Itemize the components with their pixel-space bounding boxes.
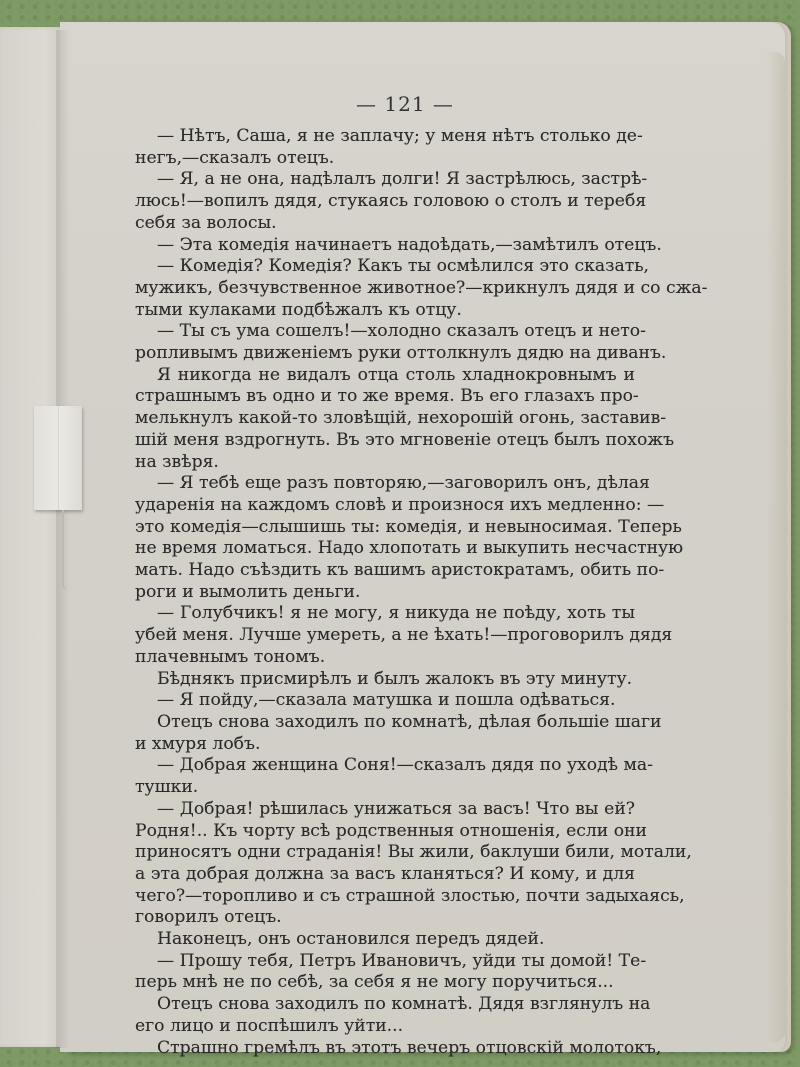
- bookmark-string: [62, 510, 68, 590]
- text-line: перь мнѣ не по себѣ, за себя я не могу п…: [135, 972, 635, 994]
- text-line: ропливымъ движеніемъ руки оттолкнулъ дяд…: [135, 343, 635, 365]
- text-line: это комедія—слышишь ты: комедія, и невын…: [135, 517, 635, 539]
- text-line: Страшно гремѣлъ въ этотъ вечеръ отцовскі…: [135, 1038, 635, 1060]
- text-line: мужикъ, безчувственное животное?—крикнул…: [135, 278, 635, 300]
- text-line: негъ,—сказалъ отецъ.: [135, 148, 635, 170]
- text-line: мать. Надо съѣздить къ вашимъ аристократ…: [135, 560, 635, 582]
- text-line: плачевнымъ тономъ.: [135, 647, 635, 669]
- text-line: тыми кулаками подбѣжалъ къ отцу.: [135, 300, 635, 322]
- text-line: и хмуря лобъ.: [135, 734, 635, 756]
- text-line: Наконецъ, онъ остановился передъ дядей.: [135, 929, 635, 951]
- text-line: шій меня вздрогнуть. Въ это мгновеніе от…: [135, 430, 635, 452]
- text-line: Отецъ снова заходилъ по комнатѣ, дѣлая б…: [135, 712, 635, 734]
- text-line: говорилъ отецъ.: [135, 907, 635, 929]
- text-line: тушки.: [135, 777, 635, 799]
- open-book: — 121 — — Нѣтъ, Саша, я не заплачу; у ме…: [0, 22, 792, 1052]
- text-line: себя за волосы.: [135, 213, 635, 235]
- text-line: роги и вымолить деньги.: [135, 582, 635, 604]
- text-line: — Я, а не она, надѣлалъ долги! Я застрѣл…: [135, 169, 635, 191]
- page-text-block: — 121 — — Нѣтъ, Саша, я не заплачу; у ме…: [135, 92, 635, 1059]
- text-line: мелькнулъ какой-то зловѣщій, нехорошій о…: [135, 408, 635, 430]
- text-line: на звѣря.: [135, 452, 635, 474]
- page-number: — 121 —: [175, 92, 635, 116]
- text-line: — Добрая! рѣшилась унижаться за васъ! Чт…: [135, 799, 635, 821]
- text-line: не время ломаться. Надо хлопотать и выку…: [135, 538, 635, 560]
- text-line: Отецъ снова заходилъ по комнатѣ. Дядя вз…: [135, 994, 635, 1016]
- text-line: — Прошу тебя, Петръ Ивановичъ, уйди ты д…: [135, 951, 635, 973]
- text-line: ударенія на каждомъ словѣ и произнося их…: [135, 495, 635, 517]
- text-line: — Я пойду,—сказала матушка и пошла одѣва…: [135, 690, 635, 712]
- text-line: — Голубчикъ! я не могу, я никуда не поѣд…: [135, 603, 635, 625]
- text-line: — Я тебѣ еще разъ повторяю,—заговорилъ о…: [135, 473, 635, 495]
- text-line: — Нѣтъ, Саша, я не заплачу; у меня нѣтъ …: [135, 126, 635, 148]
- text-lines: — Нѣтъ, Саша, я не заплачу; у меня нѣтъ …: [135, 126, 635, 1059]
- text-line: чего?—торопливо и съ страшной злостью, п…: [135, 886, 635, 908]
- text-line: — Эта комедія начинаетъ надоѣдать,—замѣт…: [135, 235, 635, 257]
- text-line: Бѣднякъ присмирѣлъ и былъ жалокъ въ эту …: [135, 669, 635, 691]
- text-line: а эта добрая должна за васъ кланяться? И…: [135, 864, 635, 886]
- text-line: его лицо и поспѣшилъ уйти...: [135, 1016, 635, 1038]
- text-line: люсь!—вопилъ дядя, стукаясь головою о ст…: [135, 191, 635, 213]
- left-page-edge: [0, 27, 64, 1047]
- text-line: приносятъ одни страданія! Вы жили, баклу…: [135, 842, 635, 864]
- bookmark-tab[interactable]: [34, 406, 82, 510]
- text-line: — Ты съ ума сошелъ!—холодно сказалъ отец…: [135, 321, 635, 343]
- text-line: Я никогда не видалъ отца столь хладнокро…: [135, 365, 635, 387]
- text-line: Родня!.. Къ чорту всѣ родственныя отноше…: [135, 821, 635, 843]
- text-line: — Комедія? Комедія? Какъ ты осмѣлился эт…: [135, 256, 635, 278]
- text-line: убей меня. Лучше умереть, а не ѣхать!—пр…: [135, 625, 635, 647]
- text-line: — Добрая женщина Соня!—сказалъ дядя по у…: [135, 755, 635, 777]
- text-line: страшнымъ въ одно и то же время. Въ его …: [135, 386, 635, 408]
